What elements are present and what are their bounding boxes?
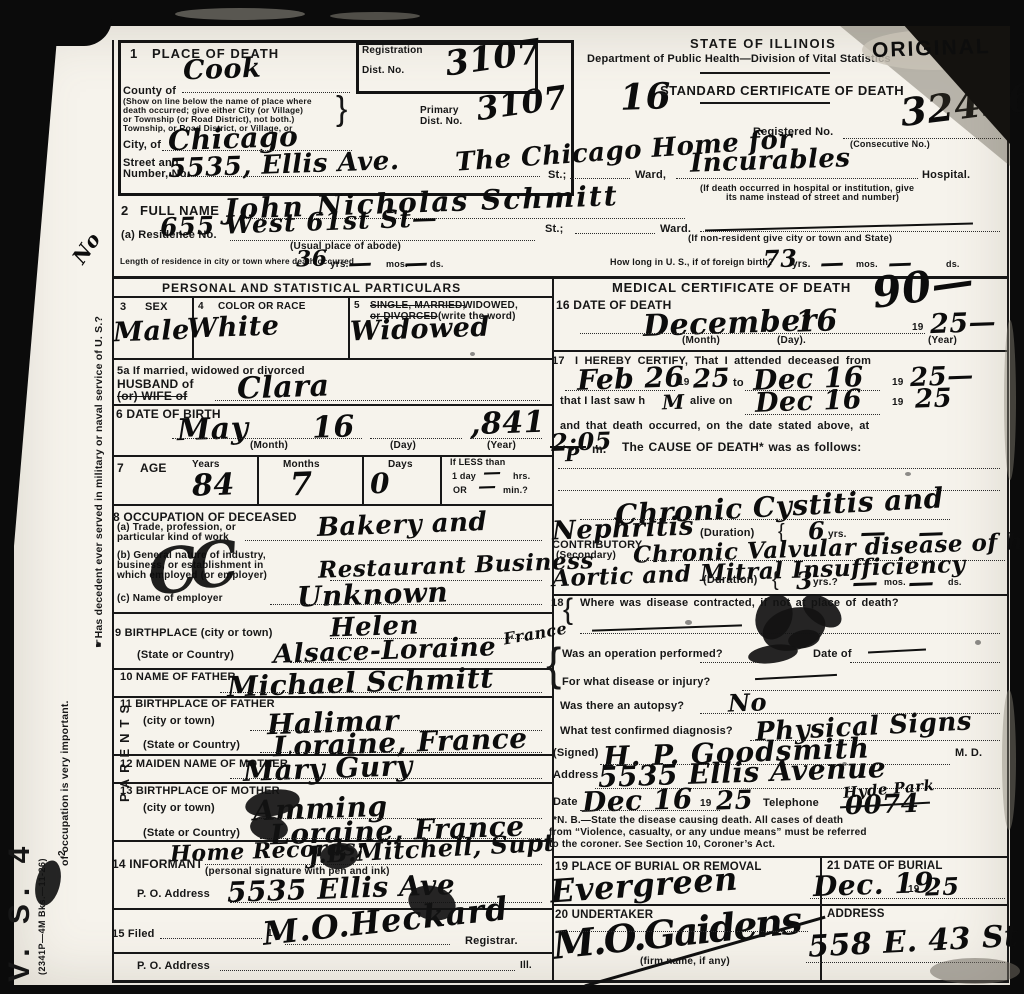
cert-year-printed: 19 <box>700 799 712 810</box>
signed-label: (Signed) <box>553 748 599 760</box>
registrar-label: Registrar. <box>465 936 518 948</box>
undertaker-address-label: ADDRESS <box>827 908 885 920</box>
form-series-number: V. S. 4 <box>4 839 36 982</box>
dob-year-value: ,841 <box>469 405 545 443</box>
contracted-number: 18 <box>551 598 564 610</box>
ds-dash-hw: — <box>404 248 429 278</box>
consecutive-no-label: (Consecutive No.) <box>850 140 930 149</box>
military-service-question: ☛Has decedent ever served in military or… <box>94 316 105 648</box>
min-dash-hw: — <box>478 476 497 498</box>
yrs-label: yrs. <box>330 260 349 271</box>
occupation-importance-note: of occupation is very important. <box>60 700 71 866</box>
scan-top-left-corner <box>0 0 112 46</box>
mother-city-label: (city or town) <box>143 803 215 815</box>
registrar-state-label: Ill. <box>520 961 532 972</box>
physician-address-label: Address <box>553 770 598 782</box>
dob-day-caption: (Day) <box>390 441 416 452</box>
him-hw: M <box>662 390 685 415</box>
hospital-name-hw-2: Incurables <box>690 143 852 179</box>
contracted-question: Where was disease contracted, if not at … <box>580 598 899 610</box>
age-months-value: 7 <box>289 465 313 504</box>
note-brace: } <box>336 92 348 128</box>
state-title: STATE OF ILLINOIS <box>690 37 836 51</box>
certificate-title: STANDARD CERTIFICATE OF DEATH <box>660 84 904 98</box>
fullname-number: 2 <box>121 204 128 218</box>
telephone-label: Telephone <box>763 798 819 810</box>
operation-question: Was an operation performed? <box>562 649 723 661</box>
hospital-note-2: its name instead of street and number) <box>726 193 899 202</box>
mother-name-value: Mary Gury <box>242 749 413 788</box>
age-days-header: Days <box>388 460 413 471</box>
date-of-label: Date of <box>813 649 852 661</box>
cause-of-death-label: The CAUSE OF DEATH* was as follows: <box>622 441 861 454</box>
marital-label-widowed: WIDOWED, <box>463 301 518 312</box>
section1-number: 1 <box>130 47 137 61</box>
alive-on-label: alive on <box>690 396 733 408</box>
department-title: Department of Public Health—Division of … <box>587 54 891 66</box>
nb-line-3: to the coroner. See Section 10, Coroner’… <box>549 840 775 851</box>
scanned-death-certificate: 1 PLACE OF DEATH Registration Dist. No. … <box>0 0 1024 994</box>
death-year-printed: 19 <box>912 323 924 334</box>
duration2-brace: { <box>772 570 779 591</box>
sex-value: Male <box>112 315 190 349</box>
age-years-value: 84 <box>191 467 235 503</box>
residence-st-label: St.; <box>545 224 564 236</box>
from-year-value: 25 <box>692 363 730 394</box>
cert-date-label: Date <box>553 797 578 809</box>
nb-line-2: from “Violence, casualty, or any undue m… <box>549 828 867 839</box>
duration2-ds-label: ds. <box>948 578 962 587</box>
sex-label: SEX <box>145 302 168 314</box>
original-stamp: ORIGINAL <box>872 36 991 62</box>
to-label: to <box>733 378 744 390</box>
secondary-label: (Secondary) <box>556 551 616 562</box>
contracted-brace: { <box>563 594 573 626</box>
operation-brace: { <box>546 640 562 688</box>
primary-label: Primary <box>420 106 459 117</box>
cert-date-value: Dec 16 <box>581 782 693 819</box>
hospital-label: Hospital. <box>922 170 970 182</box>
father-birthplace-label: 11 BIRTHPLACE OF FATHER <box>120 699 275 711</box>
race-value: White <box>186 310 279 344</box>
hrs-label: hrs. <box>513 472 530 481</box>
residence-ward-label: Ward. <box>660 224 691 236</box>
one-day-label: 1 day <box>452 472 476 481</box>
dob-year-caption: (Year) <box>487 441 516 452</box>
or-label: OR <box>453 486 467 495</box>
county-value: Cook <box>182 53 261 87</box>
cert-year-value: 25 <box>715 785 753 816</box>
filed-label: 15 Filed <box>112 929 155 941</box>
race-number: 4 <box>198 302 204 313</box>
m-label: m. <box>592 443 606 456</box>
sex-number: 3 <box>120 302 126 314</box>
ward-label: Ward, <box>635 170 666 182</box>
us-yrs-label: yrs. <box>792 260 811 271</box>
lastsaw-year-printed: 19 <box>892 398 904 409</box>
birthplace-label: 9 BIRTHPLACE (city or town) <box>115 628 273 640</box>
autopsy-question: Was there an autopsy? <box>560 701 684 713</box>
primary-dist-label: Dist. No. <box>420 117 462 128</box>
test-question: What test confirmed diagnosis? <box>560 726 733 738</box>
us-mos-dash-hw: — <box>820 248 845 278</box>
registration-dist-label: Dist. No. <box>362 66 404 77</box>
last-saw-text: that I last saw h <box>560 396 645 408</box>
father-name-label: 10 NAME OF FATHER <box>120 672 236 684</box>
mother-state-label: (State or Country) <box>143 828 240 840</box>
informant-label: 14 INFORMANT <box>112 858 203 871</box>
duration2-value: 3 <box>795 566 813 596</box>
disease-injury-question: For what disease or injury? <box>562 677 710 689</box>
margin-page-mark: 2 <box>58 850 69 856</box>
dob-month-caption: (Month) <box>250 441 288 452</box>
father-state-label: (State or Country) <box>143 740 240 752</box>
certify-number: 17 <box>552 356 565 368</box>
age-label: AGE <box>140 462 167 475</box>
min-label: min.? <box>503 486 528 495</box>
nb-line-1: *N. B.—State the disease causing death. … <box>553 816 843 827</box>
age-days-value: 0 <box>369 467 390 501</box>
birthplace-state-label: (State or Country) <box>137 650 234 662</box>
right-column-title: MEDICAL CERTIFICATE OF DEATH <box>612 281 851 295</box>
lastsaw-year-value: 25 <box>914 383 952 414</box>
ink-scrawl: CC <box>143 527 235 611</box>
marital-number: 5 <box>354 301 360 312</box>
occupation-a-value: Bakery and <box>317 507 488 543</box>
burial-year-printed: 19 <box>908 885 920 896</box>
death-month-caption: (Month) <box>682 336 720 347</box>
death-day-caption: (Day). <box>777 336 806 347</box>
to-year-printed: 19 <box>892 378 904 389</box>
death-time-pm: P <box>565 444 581 467</box>
ds-label: ds. <box>430 260 444 269</box>
dob-day-value: 16 <box>311 409 355 445</box>
length-residence-value: 36 <box>296 245 329 272</box>
firm-name-note: (firm name, if any) <box>640 957 730 968</box>
marital-value: Widowed <box>350 312 491 348</box>
informant-po-label: P. O. Address <box>137 889 210 901</box>
left-column-title: PERSONAL AND STATISTICAL PARTICULARS <box>162 282 461 295</box>
duration2-label: (Duration) <box>703 575 758 587</box>
mos-dash-hw: — <box>348 248 373 278</box>
how-long-us-label: How long in U. S., if of foreign birth? <box>610 258 774 267</box>
duration2-mos-label: mos. <box>884 578 906 587</box>
dob-month-value: May <box>176 411 249 448</box>
wife-of-label-struck: (or) WIFE of <box>117 390 187 403</box>
registrar-po-label: P. O. Address <box>137 961 210 973</box>
marital-label-struck-1: SINGLE, MARRIED, <box>370 301 465 312</box>
street-suffix: St.; <box>548 170 567 182</box>
city-label: City, of <box>123 140 161 152</box>
father-city-label: (city or town) <box>143 716 215 728</box>
age-number: 7 <box>117 462 124 475</box>
death-year-caption: (Year) <box>928 336 957 347</box>
nonresident-note: (If non-resident give city or town and S… <box>688 234 892 244</box>
duration2-yrs-label: yrs.? <box>813 578 838 589</box>
from-year-printed: 19 <box>678 378 690 389</box>
employer-value: Unknown <box>296 575 448 613</box>
md-label: M. D. <box>955 748 982 760</box>
registration-label: Registration <box>362 46 423 57</box>
